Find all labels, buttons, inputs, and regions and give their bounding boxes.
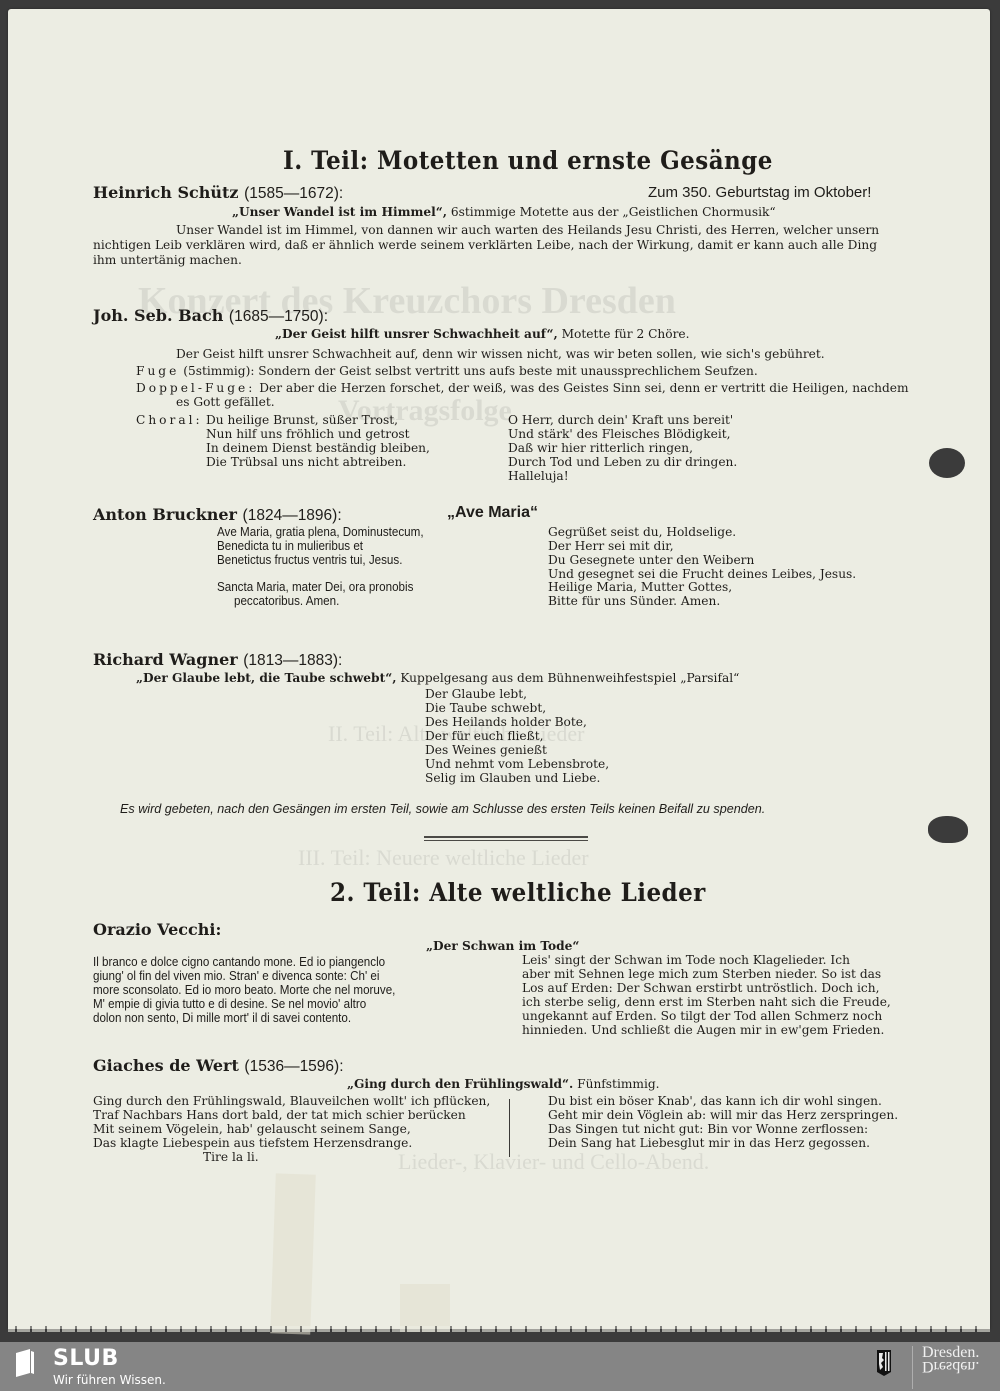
german-line: Leis' singt der Schwan im Tode noch Klag… <box>522 953 850 967</box>
work-description: 6stimmige Motette aus der „Geistlichen C… <box>451 205 776 219</box>
footer-divider <box>912 1346 913 1389</box>
verse-line: Das klagte Liebespein aus tiefstem Herze… <box>93 1136 412 1150</box>
work-title-schuetz: „Unser Wandel ist im Himmel“, 6stimmige … <box>232 205 776 219</box>
composer-name: Richard Wagner <box>93 650 238 669</box>
verse-line: Des Heilands holder Bote, <box>425 715 587 729</box>
italian-line: Il branco e dolce cigno cantando mone. E… <box>93 955 385 969</box>
verse-line: Der für euch fließt, <box>425 729 544 743</box>
composer-name: Anton Bruckner <box>93 505 237 524</box>
text-line: Unser Wandel ist im Himmel, von dannen w… <box>176 223 879 237</box>
verse-line: Geht mir dein Vöglein ab: will mir das H… <box>548 1108 898 1122</box>
latin-line: peccatoribus. Amen. <box>234 594 339 608</box>
verse-line: Und nehmt vom Lebensbrote, <box>425 757 609 771</box>
german-line: hinnieden. Und schließt die Augen mir in… <box>522 1023 884 1037</box>
verse-line: Das Singen tut nicht gut: Bin vor Wonne … <box>548 1122 868 1136</box>
composer-name: Giaches de Wert <box>93 1056 239 1075</box>
latin-line: Benetictus fructus ventris tui, Jesus. <box>217 553 402 567</box>
choral-line: Daß wir hier ritterlich ringen, <box>508 441 693 455</box>
work-description: Kuppelgesang aus dem Bühnenweihfestspiel… <box>400 671 739 685</box>
slub-brand[interactable]: SLUB <box>53 1346 119 1371</box>
section-divider <box>424 836 588 838</box>
italian-line: dolon non sento, Di mille mort' il di sa… <box>93 1011 351 1025</box>
composer-wagner: Richard Wagner (1813—1883): <box>93 650 342 670</box>
tape-strip <box>270 1173 316 1334</box>
choral-line: O Herr, durch dein' Kraft uns bereit' <box>508 413 733 427</box>
punch-hole-upper <box>929 448 965 478</box>
work-title: „Der Geist hilft unsrer Schwachheit auf“… <box>275 327 558 341</box>
composer-bach: Joh. Seb. Bach (1685—1750): <box>93 306 328 326</box>
work-title: „Unser Wandel ist im Himmel“, <box>232 205 447 219</box>
german-line: Heilige Maria, Mutter Gottes, <box>548 580 732 594</box>
slub-book-icon <box>12 1349 40 1379</box>
doppelfuge-line: Doppel-Fuge: Der aber die Herzen forsche… <box>136 381 909 395</box>
column-divider <box>509 1099 510 1157</box>
composer-name: Joh. Seb. Bach <box>93 306 223 325</box>
latin-line: Benedicta tu in mulieribus et <box>217 539 363 553</box>
composer-years: (1813—1883): <box>243 652 342 669</box>
italian-line: giung' ol fin del viven mio. Stran' e di… <box>93 969 379 983</box>
text-line: nichtigen Leib verklären wird, daß er äh… <box>93 238 877 252</box>
applause-note: Es wird gebeten, nach den Gesängen im er… <box>120 802 765 816</box>
work-description: Motette für 2 Chöre. <box>562 327 690 341</box>
section-label: Fuge <box>136 364 179 378</box>
composer-years: (1824—1896): <box>243 507 342 524</box>
choral-line: Halleluja! <box>508 469 569 483</box>
verse-line: Du bist ein böser Knab', das kann ich di… <box>548 1094 882 1108</box>
verse-line: Selig im Glauben und Liebe. <box>425 771 600 785</box>
italian-line: M' empie di givia tutto e di desine. Se … <box>93 997 366 1011</box>
work-description: Fünfstimmig. <box>577 1077 659 1091</box>
latin-line: Ave Maria, gratia plena, Dominustecum, <box>217 525 424 539</box>
choral-line: Die Trübsal uns nicht abtreiben. <box>206 455 406 469</box>
verse-line: Traf Nachbars Hans dort bald, der tat mi… <box>93 1108 466 1122</box>
choral-line: Durch Tod und Leben zu dir dringen. <box>508 455 737 469</box>
latin-line: Sancta Maria, mater Dei, ora pronobis <box>217 580 413 594</box>
choral-label: Choral: <box>136 413 203 427</box>
work-title: „Ging durch den Frühlingswald“. <box>347 1077 573 1091</box>
composer-bruckner: Anton Bruckner (1824—1896): <box>93 505 342 525</box>
choral-line: Nun hilf uns fröhlich und getrost <box>206 427 410 441</box>
tape-patch <box>400 1284 450 1332</box>
dresden-crest-icon <box>877 1350 891 1376</box>
work-title-bach: „Der Geist hilft unsrer Schwachheit auf“… <box>275 327 690 341</box>
bleed-through-part3: III. Teil: Neuere weltliche Lieder <box>298 845 589 871</box>
work-title: „Der Glaube lebt, die Taube schwebt“, <box>136 671 396 685</box>
choral-line: In deinem Dienst beständig bleiben, <box>206 441 430 455</box>
composer-years: (1685—1750): <box>229 308 328 325</box>
work-title-wert: „Ging durch den Frühlingswald“. Fünfstim… <box>347 1077 660 1091</box>
german-line: ungekannt auf Erden. So tilgt der Tod al… <box>522 1009 882 1023</box>
verse-line: Dein Sang hat Liebesglut mir in das Herz… <box>548 1136 870 1150</box>
composer-years: (1536—1596): <box>244 1058 343 1075</box>
viewer-footer: SLUB Wir führen Wissen. Dresden. Dresden… <box>0 1342 1000 1391</box>
section-divider-thin <box>424 840 588 841</box>
choral-line: Du heilige Brunst, süßer Trost, <box>206 413 398 427</box>
verse-line: Des Weines genießt <box>425 743 547 757</box>
verse-line: Mit seinem Vögelein, hab' gelauscht sein… <box>93 1122 411 1136</box>
verse-line: Die Taube schwebt, <box>425 701 546 715</box>
section-text: (5stimmig): Sondern der Geist selbst ver… <box>183 364 758 378</box>
text-line: Der Geist hilft unsrer Schwachheit auf, … <box>176 347 825 361</box>
anniversary-note: Zum 350. Geburtstag im Oktober! <box>648 184 871 201</box>
refrain-line: Tire la li. <box>203 1150 259 1164</box>
verse-line: Ging durch den Frühlingswald, Blauveilch… <box>93 1094 490 1108</box>
punch-hole-lower <box>928 816 968 843</box>
german-line: Gegrüßet seist du, Holdselige. <box>548 525 736 539</box>
part2-title: 2. Teil: Alte weltliche Lieder <box>330 878 706 907</box>
german-line: Du Gesegnete unter den Weibern <box>548 553 754 567</box>
work-title-wagner: „Der Glaube lebt, die Taube schwebt“, Ku… <box>136 671 739 685</box>
german-line: Los auf Erden: Der Schwan erstirbt untrö… <box>522 981 879 995</box>
work-title-bruckner: „Ave Maria“ <box>447 504 538 522</box>
german-line: Der Herr sei mit dir, <box>548 539 674 553</box>
composer-vecchi: Orazio Vecchi: <box>93 920 221 939</box>
german-line: Bitte für uns Sünder. Amen. <box>548 594 720 608</box>
section-label: Doppel-Fuge: <box>136 381 255 395</box>
composer-name: Heinrich Schütz <box>93 183 239 202</box>
composer-wert: Giaches de Wert (1536—1596): <box>93 1056 344 1076</box>
italian-line: more sconsolato. Ed io moro beato. Morte… <box>93 983 395 997</box>
section-text: Der aber die Herzen forschet, der weiß, … <box>259 381 908 395</box>
bleed-through-closing: Lieder-, Klavier- und Cello-Abend. <box>398 1149 709 1175</box>
choral-line: Und stärk' des Fleisches Blödigkeit, <box>508 427 731 441</box>
slub-slogan: Wir führen Wissen. <box>53 1373 166 1387</box>
verse-line: Der Glaube lebt, <box>425 687 527 701</box>
german-line: Und gesegnet sei die Frucht deines Leibe… <box>548 567 856 581</box>
text-line: ihm untertänig machen. <box>93 253 242 267</box>
work-title-vecchi: „Der Schwan im Tode“ <box>426 939 579 953</box>
composer-years: (1585—1672): <box>244 185 343 202</box>
part1-title: I. Teil: Motetten und ernste Gesänge <box>283 146 773 175</box>
fuge-line: Fuge (5stimmig): Sondern der Geist selbs… <box>136 364 758 378</box>
german-line: aber mit Sehnen lege mich zum Sterben ni… <box>522 967 881 981</box>
composer-schuetz: Heinrich Schütz (1585—1672): <box>93 183 343 203</box>
german-line: ich sterbe selig, denn erst im Sterben n… <box>522 995 891 1009</box>
dresden-brand-mirror: Dresden. <box>922 1359 979 1374</box>
text-line: es Gott gefället. <box>176 395 275 409</box>
